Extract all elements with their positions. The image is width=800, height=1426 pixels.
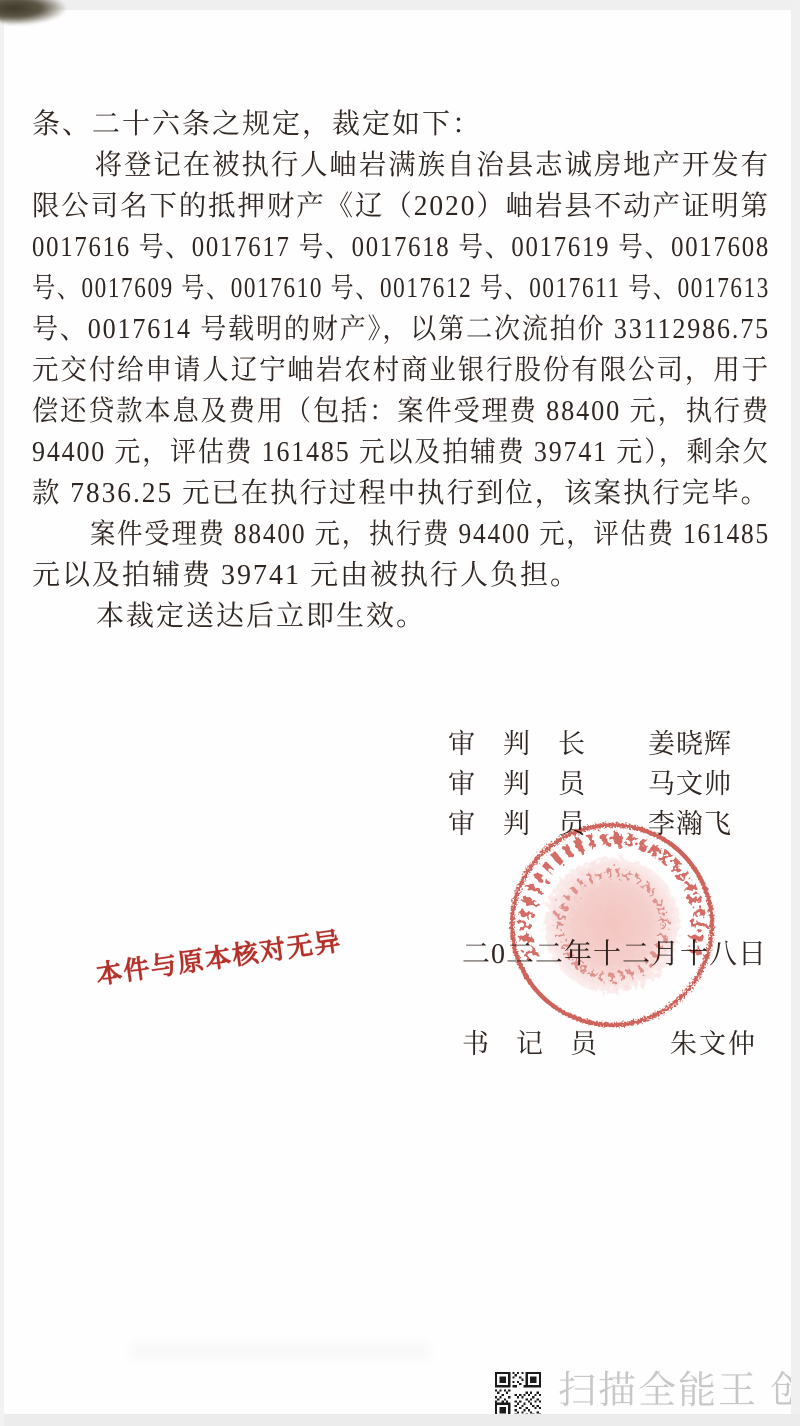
judge-name: 马文帅 [648, 762, 732, 801]
scan-corner-artifact [0, 0, 66, 25]
scan-border-right [791, 0, 800, 1426]
body-line: 元以及拍辅费 39741 元由被执行人负担。 [32, 555, 770, 596]
presiding-judge-name: 姜晓辉 [648, 722, 732, 761]
body-line: 将登记在被执行人岫岩满族自治县志诚房地产开发有 [32, 145, 754, 186]
verification-stamp: 本件与原本核对无异 [93, 921, 343, 992]
scan-border-left [0, 0, 4, 1426]
watermark-label: 扫描全能王 创建 [558, 1368, 800, 1414]
body-line: 号、0017609 号、0017610 号、0017612 号、0017611 … [32, 268, 641, 309]
court-seal-icon [502, 813, 722, 1037]
ruling-body: 条、二十六条之规定，裁定如下： 将登记在被执行人岫岩满族自治县志诚房地产开发有 … [32, 104, 770, 637]
body-line: 条、二十六条之规定，裁定如下： [32, 104, 770, 145]
body-line: 偿还贷款本息及费用（包括：案件受理费 88400 元，执行费 [32, 391, 723, 432]
judge-title: 审判员 [448, 762, 613, 801]
qrcode-icon [492, 1372, 544, 1418]
scanned-document: { "document": { "body_lines": [ "条、二十六条之… [0, 0, 800, 1426]
body-line: 限公司名下的抵押财产《辽（2020）岫岩县不动产证明第 [32, 186, 754, 227]
presiding-judge-title: 审判长 [448, 722, 613, 761]
body-line: 94400 元，评估费 161485 元以及拍辅费 39741 元），剩余欠 [32, 432, 715, 473]
scan-border-bottom [0, 1414, 800, 1426]
body-line: 案件受理费 88400 元，执行费 94400 元，评估费 161485 [32, 514, 700, 555]
body-line: 0017616 号、0017617 号、0017618 号、0017619 号、… [32, 227, 683, 268]
body-line: 元交付给申请人辽宁岫岩农村商业银行股份有限公司，用于 [32, 350, 730, 391]
scan-noise-artifact [130, 1342, 430, 1360]
scan-border-top [0, 0, 800, 10]
judge-row: 审判员 马文帅 [448, 762, 780, 798]
presiding-judge-row: 审判长 姜晓辉 [448, 722, 780, 758]
body-line: 号、0017614 号载明的财产》，以第二次流拍价 33112986.75 [32, 309, 718, 350]
body-line: 款 7836.25 元已在执行过程中执行到位，该案执行完毕。 [32, 473, 755, 514]
body-line: 本裁定送达后立即生效。 [32, 596, 770, 637]
page-background: 条、二十六条之规定，裁定如下： 将登记在被执行人岫岩满族自治县志诚房地产开发有 … [0, 0, 800, 1426]
